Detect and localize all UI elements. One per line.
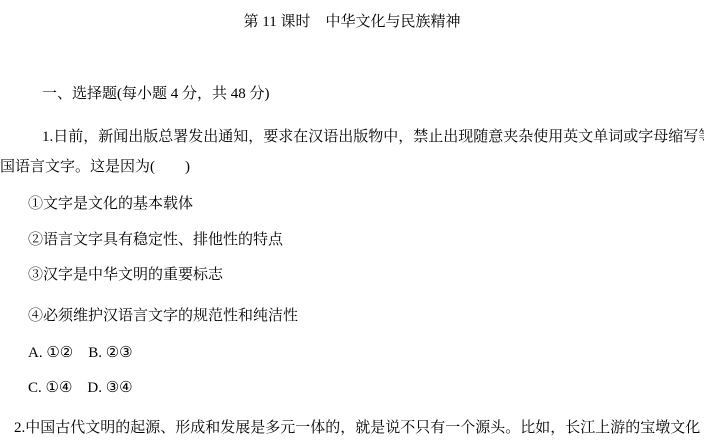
question-1-statement-4: ④必须维护汉语言文字的规范性和纯洁性: [28, 307, 298, 325]
section-heading-multiple-choice: 一、选择题(每小题 4 分，共 48 分): [42, 85, 270, 103]
question-1-choices-row-ab: A. ①② B. ②③: [28, 344, 133, 362]
exam-document-page: 第 11 课时 中华文化与民族精神 一、选择题(每小题 4 分，共 48 分) …: [0, 0, 704, 442]
question-1-statement-1: ①文字是文化的基本载体: [28, 195, 193, 213]
page-title: 第 11 课时 中华文化与民族精神: [0, 13, 704, 31]
question-1-stem-line-1: 1.日前，新闻出版总署发出通知，要求在汉语出版物中，禁止出现随意夹杂使用英文单词…: [42, 128, 704, 146]
question-1-statement-3: ③汉字是中华文明的重要标志: [28, 266, 223, 284]
question-1-choices-row-cd: C. ①④ D. ③④: [28, 379, 133, 397]
question-1-statement-2: ②语言文字具有稳定性、排他性的特点: [28, 231, 283, 249]
question-2-stem-line-1: 2.中国古代文明的起源、形成和发展是多元一体的，就是说不只有一个源头。比如，长江…: [14, 419, 700, 437]
question-1-stem-line-2: 国语言文字。这是因为( ): [0, 158, 190, 176]
